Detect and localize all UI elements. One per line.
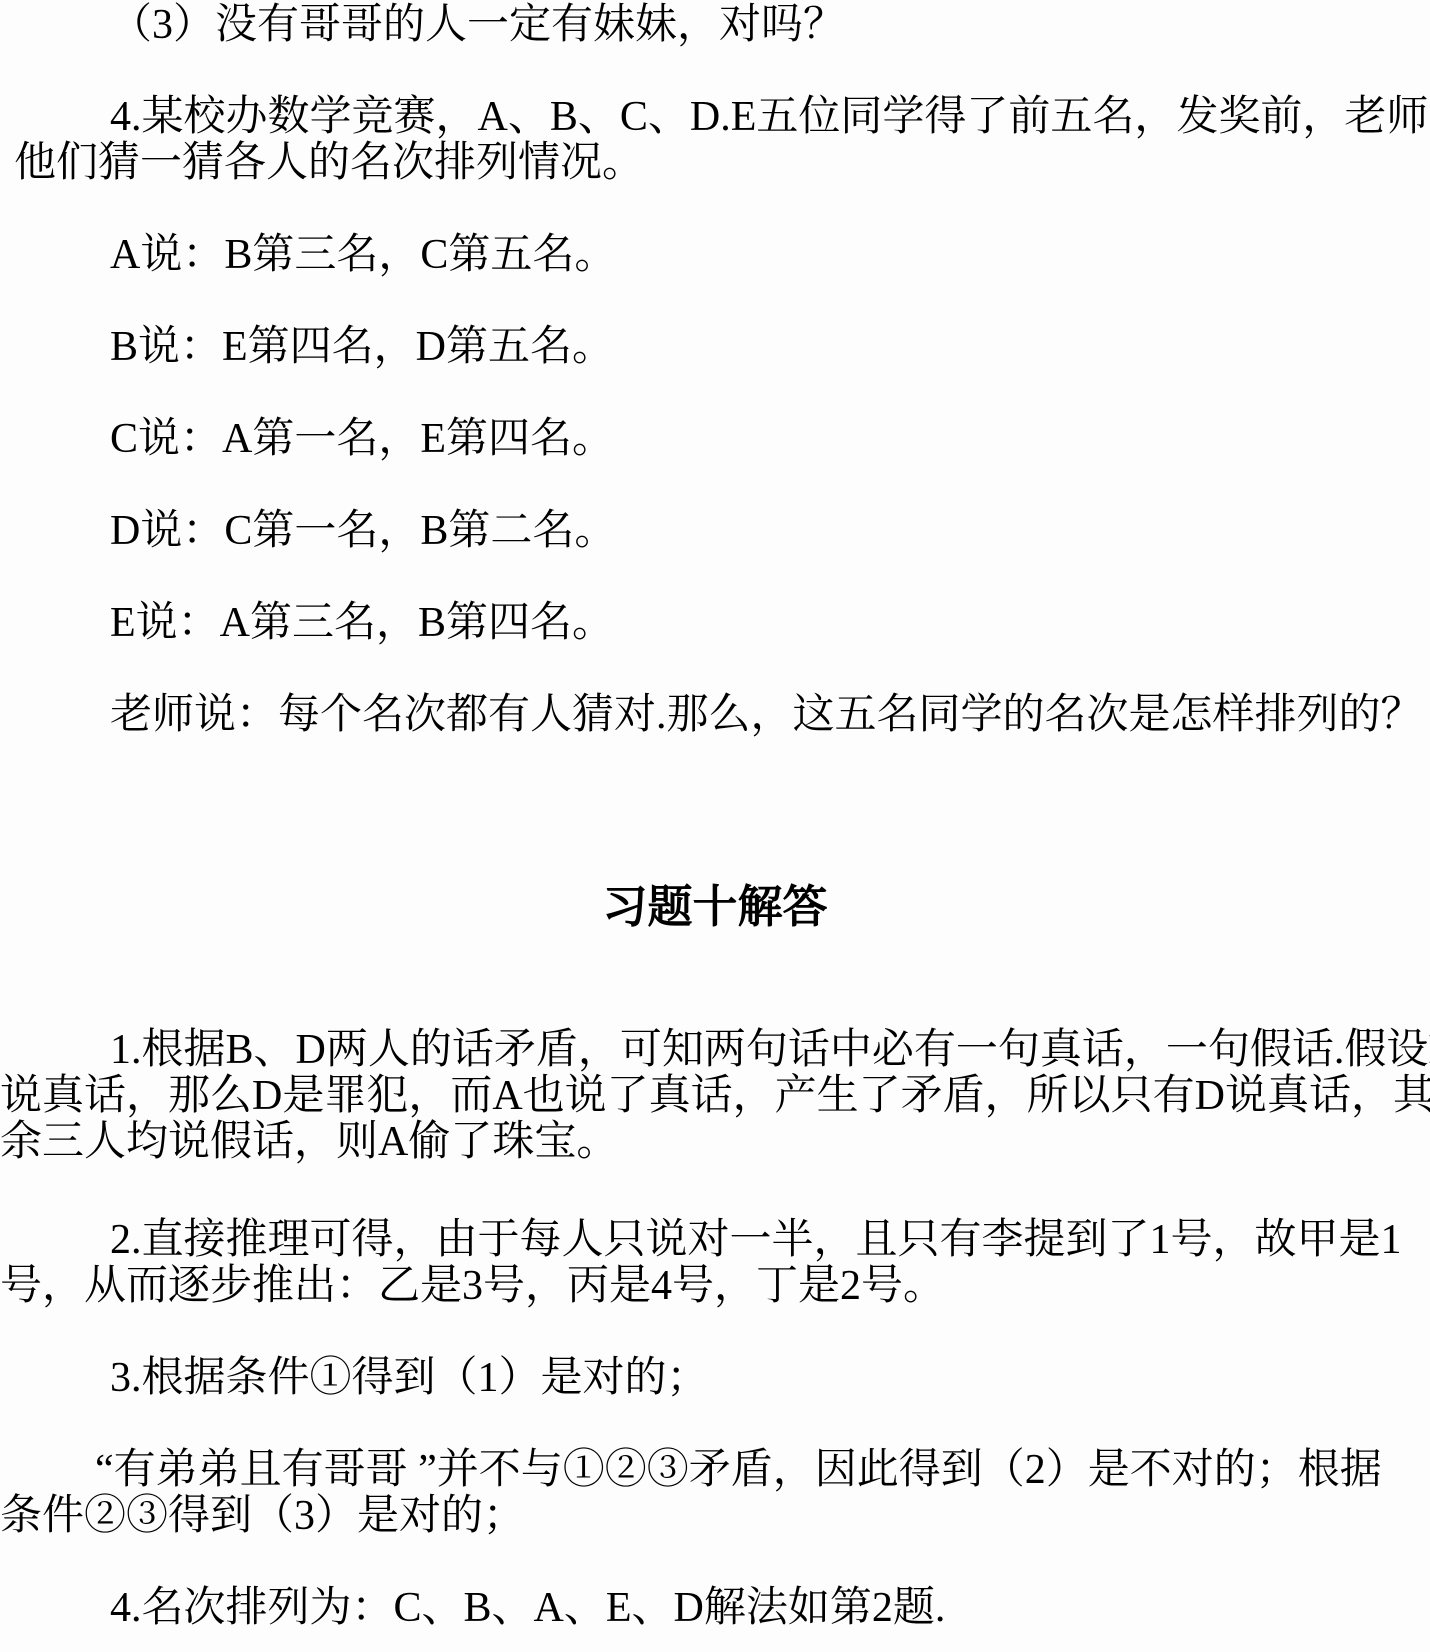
question-item-3: （3）没有哥哥的人一定有妹妹，对吗？ xyxy=(0,2,1430,48)
text-line: 4.名次排列为：C、B、A、E、D解法如第2题. xyxy=(0,1585,1430,1631)
answer-1: 1.根据B、D两人的话矛盾，可知两句话中必有一句真话，一句假话.假设B 说真话，… xyxy=(0,1027,1430,1165)
section-title: 习题十解答 xyxy=(0,884,1430,930)
text-line: （3）没有哥哥的人一定有妹妹，对吗？ xyxy=(0,2,1430,48)
text-line: 余三人均说假话，则A偷了珠宝。 xyxy=(0,1119,1430,1165)
text-line: C说：A第一名，E第四名。 xyxy=(0,416,1430,462)
statement-a: A说：B第三名，C第五名。 xyxy=(0,232,1430,278)
text-line: D说：C第一名，B第二名。 xyxy=(0,508,1430,554)
answer-3-continued: “有弟弟且有哥哥 ”并不与①②③矛盾，因此得到（2）是不对的；根据 条件②③得到… xyxy=(0,1447,1430,1539)
statement-c: C说：A第一名，E第四名。 xyxy=(0,416,1430,462)
text-line: A说：B第三名，C第五名。 xyxy=(0,232,1430,278)
text-line: E说：A第三名，B第四名。 xyxy=(0,600,1430,646)
text-line: 1.根据B、D两人的话矛盾，可知两句话中必有一句真话，一句假话.假设B xyxy=(0,1027,1430,1073)
answer-4: 4.名次排列为：C、B、A、E、D解法如第2题. xyxy=(0,1585,1430,1631)
text-line: B说：E第四名，D第五名。 xyxy=(0,324,1430,370)
text-line: 说真话，那么D是罪犯，而A也说了真话，产生了矛盾，所以只有D说真话，其 xyxy=(0,1073,1430,1119)
statement-e: E说：A第三名，B第四名。 xyxy=(0,600,1430,646)
text-line: 3.根据条件①得到（1）是对的； xyxy=(0,1355,1430,1401)
text-line: 2.直接推理可得，由于每人只说对一半，且只有李提到了1号，故甲是1 xyxy=(0,1217,1430,1263)
teacher-statement: 老师说：每个名次都有人猜对.那么，这五名同学的名次是怎样排列的？ xyxy=(0,692,1430,738)
statement-b: B说：E第四名，D第五名。 xyxy=(0,324,1430,370)
text-line: 4.某校办数学竞赛，A、B、C、D.E五位同学得了前五名，发奖前，老师让 xyxy=(0,94,1430,140)
answer-2: 2.直接推理可得，由于每人只说对一半，且只有李提到了1号，故甲是1 号，从而逐步… xyxy=(0,1217,1430,1309)
text-line: “有弟弟且有哥哥 ”并不与①②③矛盾，因此得到（2）是不对的；根据 xyxy=(0,1447,1430,1493)
answer-3: 3.根据条件①得到（1）是对的； xyxy=(0,1355,1430,1401)
document-page: （3）没有哥哥的人一定有妹妹，对吗？ 4.某校办数学竞赛，A、B、C、D.E五位… xyxy=(0,0,1430,1652)
problem-4-intro: 4.某校办数学竞赛，A、B、C、D.E五位同学得了前五名，发奖前，老师让 他们猜… xyxy=(0,94,1430,186)
text-line: 他们猜一猜各人的名次排列情况。 xyxy=(0,140,1430,186)
statement-d: D说：C第一名，B第二名。 xyxy=(0,508,1430,554)
text-line: 条件②③得到（3）是对的； xyxy=(0,1493,1430,1539)
answers-heading: 习题十解答 xyxy=(0,884,1430,930)
text-line: 老师说：每个名次都有人猜对.那么，这五名同学的名次是怎样排列的？ xyxy=(0,692,1430,738)
text-line: 号，从而逐步推出：乙是3号，丙是4号，丁是2号。 xyxy=(0,1263,1430,1309)
